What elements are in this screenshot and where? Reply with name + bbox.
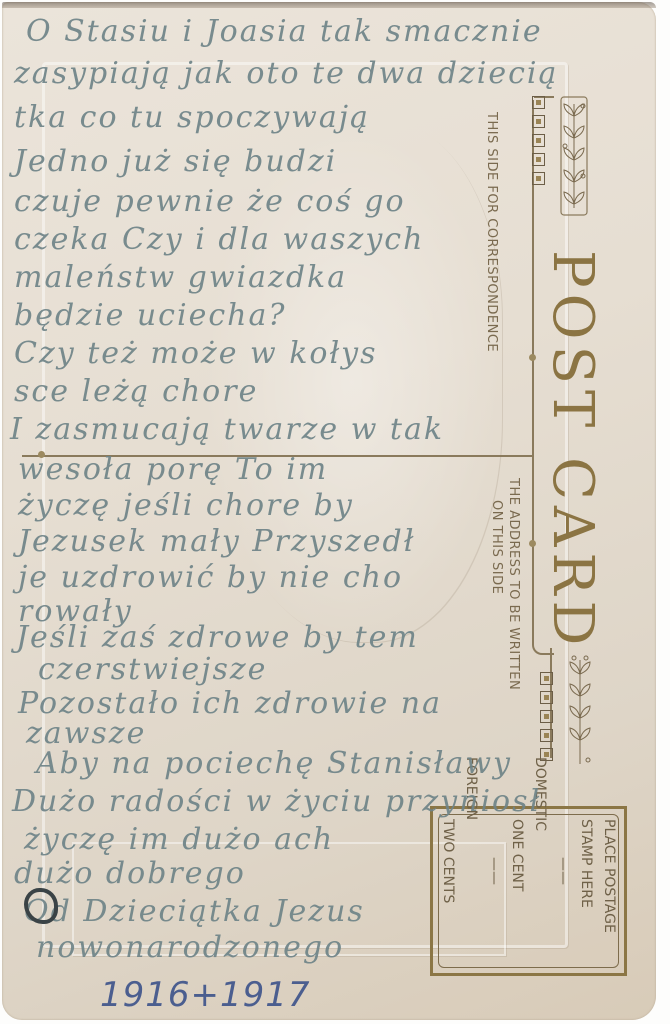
message-line: czerstwiejsze bbox=[38, 652, 267, 687]
message-line: zasypiają jak oto te dwa dziecią bbox=[14, 56, 558, 91]
address-label-line2: ON THIS SIDE bbox=[488, 500, 505, 594]
message-line: wesoła porę To im bbox=[18, 452, 328, 487]
stamp-separator: —— bbox=[482, 819, 505, 933]
divider-ornament-dot bbox=[529, 354, 536, 361]
message-line: Jedno już się budzi bbox=[14, 144, 337, 179]
stamp-box-text: PLACE POSTAGE STAMP HERE —— DOMESTIC ONE… bbox=[436, 819, 620, 933]
message-line: Aby na pociechę Stanisławy bbox=[36, 746, 512, 781]
message-line: czuje pewnie że coś go bbox=[14, 184, 406, 219]
message-line: sce leżą chore bbox=[14, 374, 258, 409]
message-line: Jeśli zaś zdrowe by tem bbox=[16, 620, 419, 655]
laurel-ornament-top-icon bbox=[560, 96, 588, 216]
address-label: THE ADDRESS TO BE WRITTEN ON THIS SIDE bbox=[488, 478, 522, 690]
stamp-line: TWO CENTS bbox=[436, 819, 459, 933]
message-line: Dużo radości w życiu przyniosł bbox=[12, 784, 541, 819]
stamp-line: ONE CENT bbox=[505, 819, 528, 933]
message-line: nowonarodzonego bbox=[36, 930, 344, 965]
message-line: czeka Czy i dla waszych bbox=[14, 222, 424, 257]
message-line: I zasmucają twarze w tak bbox=[10, 412, 444, 447]
message-line: Czy też może w kołys bbox=[14, 336, 378, 371]
ornament-squares-top bbox=[532, 96, 545, 185]
date-note: 1916+1917 bbox=[100, 975, 311, 1015]
message-line: Od Dzieciątka Jezus bbox=[24, 894, 365, 929]
post-card-title: POST CARD bbox=[540, 250, 605, 651]
divider-ornament-dot bbox=[529, 540, 536, 547]
ornament-squares-bottom bbox=[540, 672, 553, 761]
laurel-ornament-bottom-icon bbox=[566, 652, 594, 770]
stamp-box: PLACE POSTAGE STAMP HERE —— DOMESTIC ONE… bbox=[430, 806, 627, 976]
message-line: je uzdrowić by nie cho bbox=[18, 560, 403, 595]
stamp-separator: —— bbox=[551, 819, 574, 933]
message-line: życzę im dużo ach bbox=[24, 822, 334, 857]
message-line: życzę jeśli chore by bbox=[18, 488, 354, 523]
message-line: Jezusek mały Przyszedł bbox=[18, 524, 415, 559]
message-line: O Stasiu i Joasia tak smacznie bbox=[26, 14, 543, 49]
stamp-line: PLACE POSTAGE bbox=[597, 819, 620, 933]
message-line: tka co tu spoczywają bbox=[14, 100, 370, 135]
stamp-line: STAMP HERE bbox=[574, 819, 597, 933]
ink-blot bbox=[24, 888, 58, 924]
correspondence-label: THIS SIDE FOR CORRESPONDENCE bbox=[484, 112, 499, 352]
message-line: będzie uciecha? bbox=[14, 298, 286, 333]
message-line: maleństw gwiazdka bbox=[14, 260, 347, 295]
address-label-line1: THE ADDRESS TO BE WRITTEN bbox=[506, 478, 521, 690]
message-line: dużo dobrego bbox=[14, 856, 246, 891]
